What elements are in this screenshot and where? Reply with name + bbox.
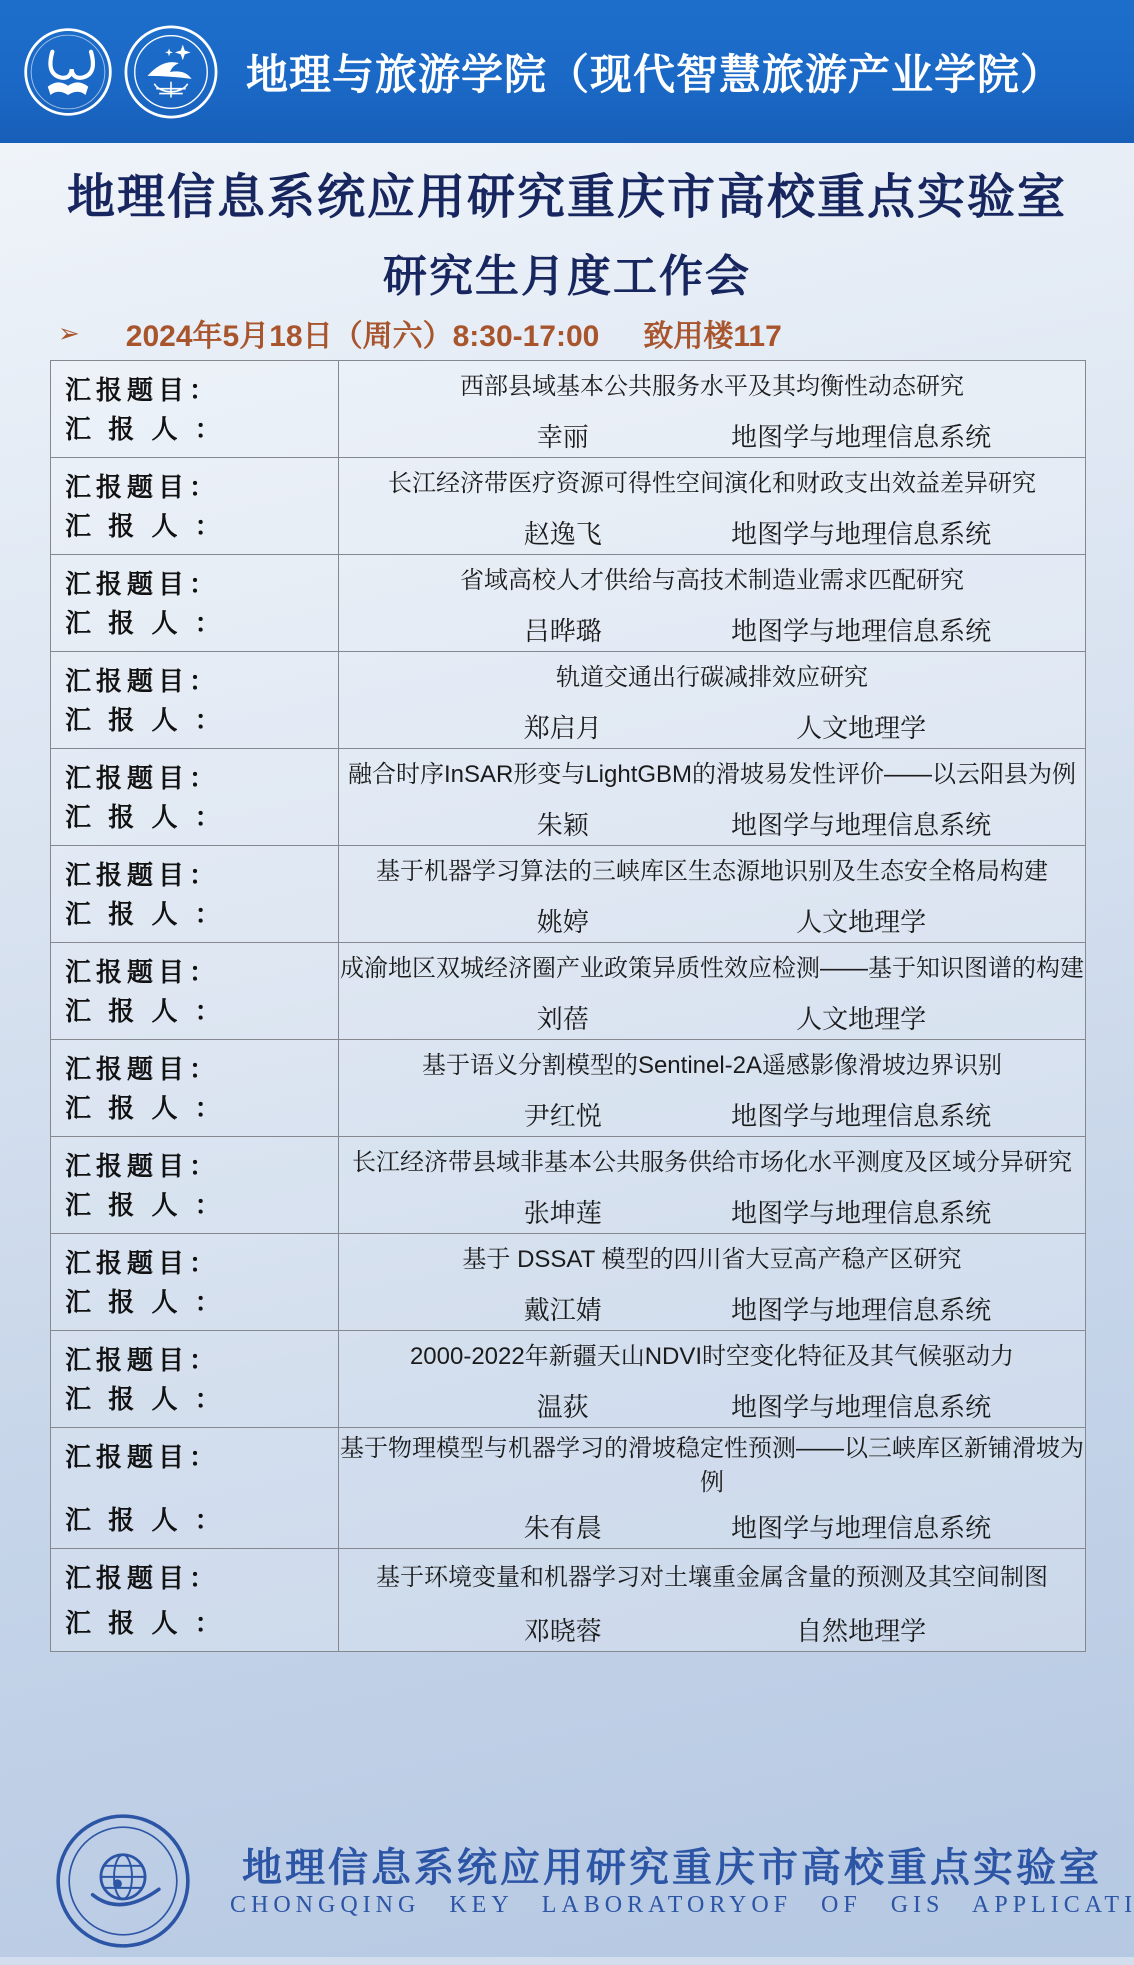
report-title: 基于环境变量和机器学习对土壤重金属含量的预测及其空间制图 (339, 1549, 1085, 1607)
topic-label: 汇报题目： (65, 1049, 332, 1086)
presenter-name: 赵逸飞 (414, 514, 712, 551)
presenter-label: 汇 报 人 ： (65, 700, 332, 737)
school-title: 地理与旅游学院（现代智慧旅游产业学院） (246, 42, 1063, 102)
presenter-name: 尹红悦 (414, 1096, 712, 1133)
topic-label: 汇报题目： (65, 1146, 332, 1183)
topic-label: 汇报题目： (65, 661, 332, 698)
report-title: 基于机器学习算法的三峡库区生态源地识别及生态安全格局构建 (339, 846, 1085, 898)
report-title: 长江经济带县域非基本公共服务供给市场化水平测度及区域分异研究 (339, 1137, 1085, 1189)
presenter-label: 汇 报 人 ： (65, 506, 332, 543)
report-title: 基于语义分割模型的Sentinel-2A遥感影像滑坡边界识别 (339, 1040, 1085, 1092)
presenter-name: 温荻 (414, 1387, 712, 1424)
meeting-info-line: ➢ 2024年5月18日（周六）8:30-17:00 致用楼117 (58, 310, 1078, 356)
meeting-datetime: 2024年5月18日（周六）8:30-17:00 (126, 311, 600, 355)
table-row: 汇报题目： 汇 报 人 ： 基于 DSSAT 模型的四川省大豆高产稳产区研究 戴… (51, 1234, 1085, 1331)
report-title: 基于物理模型与机器学习的滑坡稳定性预测——以三峡库区新铺滑坡为例 (339, 1428, 1085, 1504)
presenter-name: 朱颖 (414, 805, 712, 842)
footer-lab-name-cn: 地理信息系统应用研究重庆市高校重点实验室 (230, 1836, 1114, 1893)
presenter-program: 自然地理学 (712, 1611, 1010, 1648)
poster: 地理与旅游学院（现代智慧旅游产业学院） 地理信息系统应用研究重庆市高校重点实验室… (0, 0, 1134, 1965)
report-title: 成渝地区双城经济圈产业政策异质性效应检测——基于知识图谱的构建 (339, 943, 1085, 995)
presenter-label: 汇 报 人 ： (65, 797, 332, 834)
geography-school-logo-icon (122, 23, 220, 121)
table-row: 汇报题目： 汇 报 人 ： 基于物理模型与机器学习的滑坡稳定性预测——以三峡库区… (51, 1428, 1085, 1549)
meeting-title: 研究生月度工作会 (0, 240, 1134, 304)
topic-label: 汇报题目： (65, 370, 332, 407)
presenter-label: 汇 报 人 ： (65, 603, 332, 640)
footer-banner: 地理信息系统应用研究重庆市高校重点实验室 CHONGQING KEY LABOR… (0, 1808, 1134, 1958)
topic-label: 汇报题目： (65, 1340, 332, 1377)
presenter-label: 汇 报 人 ： (65, 1603, 332, 1640)
table-row: 汇报题目： 汇 报 人 ： 基于机器学习算法的三峡库区生态源地识别及生态安全格局… (51, 846, 1085, 943)
presenter-name: 幸丽 (414, 417, 712, 454)
topic-label: 汇报题目： (65, 1243, 332, 1280)
presenter-label: 汇 报 人 ： (65, 1379, 332, 1416)
report-title: 西部县域基本公共服务水平及其均衡性动态研究 (339, 361, 1085, 413)
bottom-strip (0, 1957, 1134, 1965)
table-row: 汇报题目： 汇 报 人 ： 省域高校人才供给与高技术制造业需求匹配研究 吕晔璐 … (51, 555, 1085, 652)
table-row: 汇报题目： 汇 报 人 ： 基于环境变量和机器学习对土壤重金属含量的预测及其空间… (51, 1549, 1085, 1652)
presenter-program: 地图学与地理信息系统 (712, 514, 1010, 551)
presenter-name: 吕晔璐 (414, 611, 712, 648)
report-title: 省域高校人才供给与高技术制造业需求匹配研究 (339, 555, 1085, 607)
report-title: 长江经济带医疗资源可得性空间演化和财政支出效益差异研究 (339, 458, 1085, 510)
presenter-program: 地图学与地理信息系统 (712, 1096, 1010, 1133)
report-title: 2000-2022年新疆天山NDVI时空变化特征及其气候驱动力 (339, 1331, 1085, 1383)
university-logo-icon (22, 26, 114, 118)
presenter-program: 地图学与地理信息系统 (712, 805, 1010, 842)
report-title: 融合时序InSAR形变与LightGBM的滑坡易发性评价——以云阳县为例 (339, 749, 1085, 801)
topic-label: 汇报题目： (65, 855, 332, 892)
presenter-label: 汇 报 人 ： (65, 1500, 332, 1537)
footer-lab-name-en: CHONGQING KEY LABORATORYOF OF GIS APPLIC… (230, 1892, 1114, 1919)
presenter-name: 戴江婧 (414, 1290, 712, 1327)
presenter-label: 汇 报 人 ： (65, 1282, 332, 1319)
lab-logo-icon (54, 1812, 192, 1950)
table-row: 汇报题目： 汇 报 人 ： 轨道交通出行碳减排效应研究 郑启月 人文地理学 (51, 652, 1085, 749)
presenter-name: 郑启月 (414, 708, 712, 745)
topic-label: 汇报题目： (65, 952, 332, 989)
presenter-name: 朱有晨 (414, 1508, 712, 1545)
presenter-program: 地图学与地理信息系统 (712, 417, 1010, 454)
presenter-program: 地图学与地理信息系统 (712, 1508, 1010, 1545)
lab-title: 地理信息系统应用研究重庆市高校重点实验室 (0, 158, 1134, 227)
topic-label: 汇报题目： (65, 564, 332, 601)
table-row: 汇报题目： 汇 报 人 ： 长江经济带医疗资源可得性空间演化和财政支出效益差异研… (51, 458, 1085, 555)
topic-label: 汇报题目： (65, 467, 332, 504)
table-row: 汇报题目： 汇 报 人 ： 基于语义分割模型的Sentinel-2A遥感影像滑坡… (51, 1040, 1085, 1137)
topic-label: 汇报题目： (65, 1437, 332, 1474)
presenter-program: 人文地理学 (712, 902, 1010, 939)
presenter-name: 张坤莲 (414, 1193, 712, 1230)
presenter-program: 地图学与地理信息系统 (712, 1193, 1010, 1230)
table-row: 汇报题目： 汇 报 人 ： 长江经济带县域非基本公共服务供给市场化水平测度及区域… (51, 1137, 1085, 1234)
presenter-label: 汇 报 人 ： (65, 409, 332, 446)
topic-label: 汇报题目： (65, 758, 332, 795)
presenter-program: 地图学与地理信息系统 (712, 1290, 1010, 1327)
presenter-program: 地图学与地理信息系统 (712, 1387, 1010, 1424)
schedule-table: 汇报题目： 汇 报 人 ： 西部县域基本公共服务水平及其均衡性动态研究 幸丽 地… (50, 360, 1086, 1652)
table-row: 汇报题目： 汇 报 人 ： 成渝地区双城经济圈产业政策异质性效应检测——基于知识… (51, 943, 1085, 1040)
table-row: 汇报题目： 汇 报 人 ： 融合时序InSAR形变与LightGBM的滑坡易发性… (51, 749, 1085, 846)
presenter-program: 人文地理学 (712, 999, 1010, 1036)
meeting-location: 致用楼117 (643, 311, 781, 355)
presenter-label: 汇 报 人 ： (65, 894, 332, 931)
presenter-program: 地图学与地理信息系统 (712, 611, 1010, 648)
topic-label: 汇报题目： (65, 1558, 332, 1595)
header-banner: 地理与旅游学院（现代智慧旅游产业学院） (0, 0, 1134, 143)
report-title: 轨道交通出行碳减排效应研究 (339, 652, 1085, 704)
presenter-label: 汇 报 人 ： (65, 991, 332, 1028)
presenter-label: 汇 报 人 ： (65, 1185, 332, 1222)
report-title: 基于 DSSAT 模型的四川省大豆高产稳产区研究 (339, 1234, 1085, 1286)
presenter-program: 人文地理学 (712, 708, 1010, 745)
presenter-label: 汇 报 人 ： (65, 1088, 332, 1125)
table-row: 汇报题目： 汇 报 人 ： 西部县域基本公共服务水平及其均衡性动态研究 幸丽 地… (51, 361, 1085, 458)
presenter-name: 姚婷 (414, 902, 712, 939)
table-row: 汇报题目： 汇 报 人 ： 2000-2022年新疆天山NDVI时空变化特征及其… (51, 1331, 1085, 1428)
presenter-name: 邓晓蓉 (414, 1611, 712, 1648)
arrow-bullet-icon: ➢ (58, 318, 80, 349)
presenter-name: 刘蓓 (414, 999, 712, 1036)
